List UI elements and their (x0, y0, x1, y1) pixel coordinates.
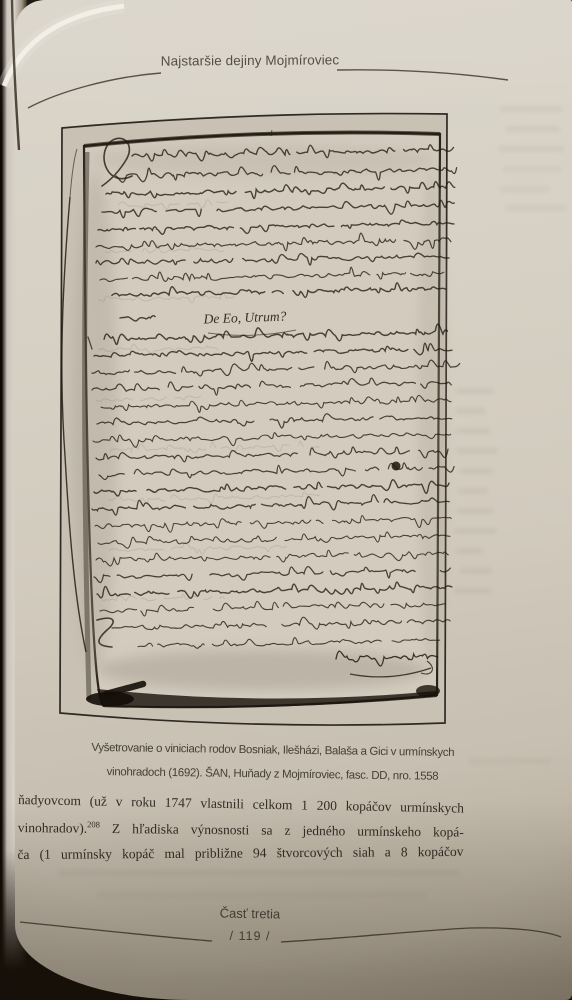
bleed-through-text (503, 166, 561, 172)
bleed-through-text (454, 588, 492, 594)
bleed-through-text (457, 488, 488, 494)
bleed-through-text (505, 126, 560, 132)
bleed-through-text (455, 428, 491, 434)
book-page (15, 0, 572, 1000)
bleed-through-text (498, 146, 564, 152)
bleed-through-text (58, 870, 460, 876)
bleed-through-text (506, 205, 566, 211)
bleed-through-text (460, 568, 492, 574)
bleed-through-text (500, 186, 550, 192)
bleed-through-text (96, 892, 426, 898)
bleed-through-text (468, 758, 552, 764)
bleed-through-text (456, 448, 498, 454)
book-page-photo: Najstaršie dejiny Mojmíroviec + De Eo, U… (0, 0, 572, 1000)
bleed-through-text (459, 468, 493, 474)
bleed-through-text (455, 388, 494, 394)
bleed-through-text (455, 548, 483, 554)
bleed-through-text (454, 528, 497, 534)
bleed-through-text (456, 508, 493, 514)
bleed-through-text (455, 408, 486, 414)
bleed-through-text (500, 106, 562, 112)
